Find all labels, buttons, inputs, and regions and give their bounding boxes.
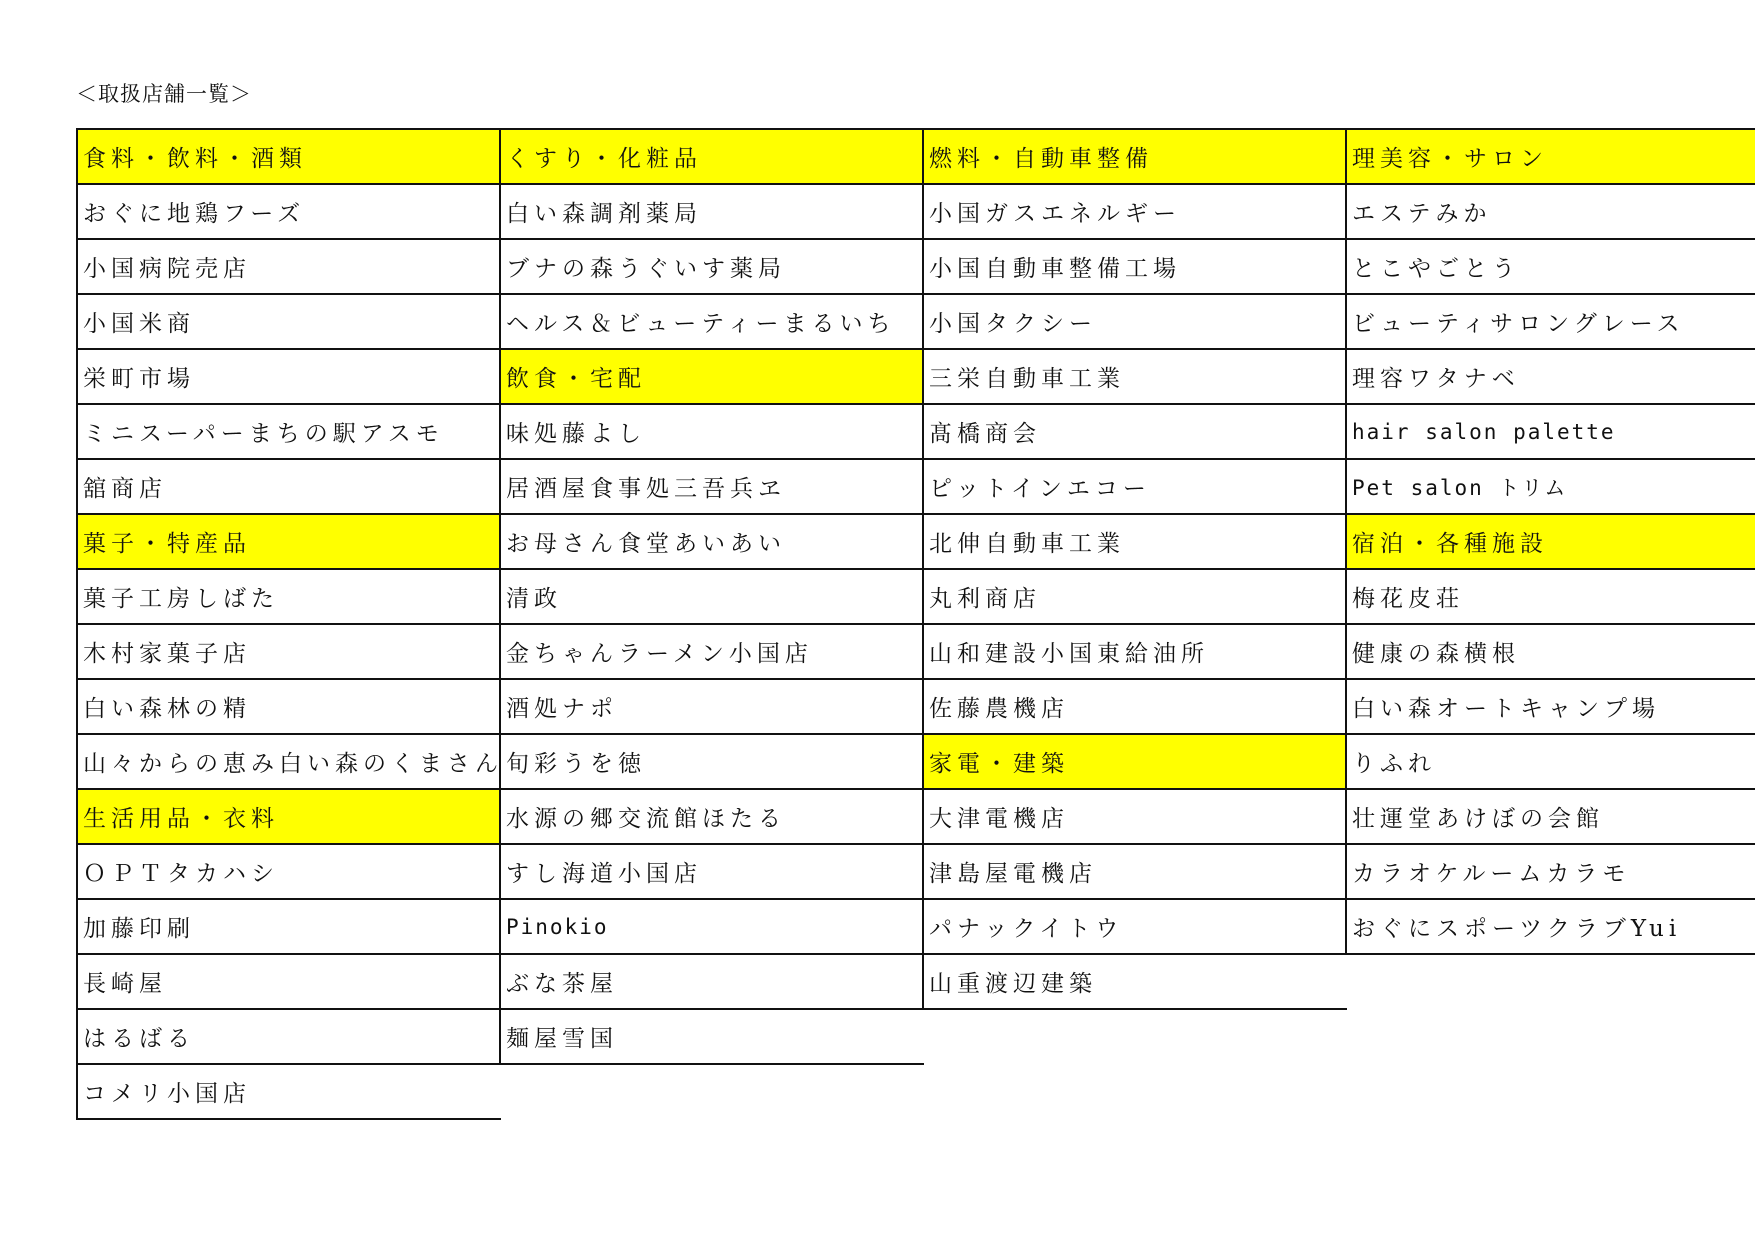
- store-name-cell: 小国タクシー: [924, 293, 1347, 348]
- store-name-cell: カラオケルームカラモ: [1347, 843, 1755, 898]
- store-name-cell: 酒処ナポ: [501, 678, 924, 733]
- store-name-cell: 小国自動車整備工場: [924, 238, 1347, 293]
- document-title: ＜取扱店舗一覧＞: [76, 78, 252, 108]
- store-name-cell: パナックイトウ: [924, 898, 1347, 953]
- column-2: くすり・化粧品白い森調剤薬局ブナの森うぐいす薬局ヘルス＆ビューティーまるいち飲食…: [499, 128, 924, 1065]
- store-name-cell: 舘商店: [78, 458, 501, 513]
- store-name-cell: 理容ワタナベ: [1347, 348, 1755, 403]
- store-name-cell: とこやごとう: [1347, 238, 1755, 293]
- store-list-table: 食料・飲料・酒類おぐに地鶏フーズ小国病院売店小国米商栄町市場ミニスーパーまちの駅…: [76, 128, 1755, 1120]
- store-name-cell: 清政: [501, 568, 924, 623]
- store-name-cell: Pet salon トリム: [1347, 458, 1755, 513]
- store-name-cell: 三栄自動車工業: [924, 348, 1347, 403]
- store-name-cell: 津島屋電機店: [924, 843, 1347, 898]
- category-heading: 燃料・自動車整備: [924, 128, 1347, 183]
- store-name-cell: 居酒屋食事処三吾兵ヱ: [501, 458, 924, 513]
- category-heading: 宿泊・各種施設: [1347, 513, 1755, 568]
- store-name-cell: 木村家菓子店: [78, 623, 501, 678]
- store-name-cell: ヘルス＆ビューティーまるいち: [501, 293, 924, 348]
- store-name-cell: 佐藤農機店: [924, 678, 1347, 733]
- store-name-cell: 梅花皮荘: [1347, 568, 1755, 623]
- store-name-cell: はるばる: [78, 1008, 501, 1063]
- store-name-cell: すし海道小国店: [501, 843, 924, 898]
- store-name-cell: りふれ: [1347, 733, 1755, 788]
- category-heading: くすり・化粧品: [501, 128, 924, 183]
- store-name-cell: Pinokio: [501, 898, 924, 953]
- store-name-cell: 白い森オートキャンプ場: [1347, 678, 1755, 733]
- category-heading: 菓子・特産品: [78, 513, 501, 568]
- store-name-cell: 山重渡辺建築: [924, 953, 1347, 1010]
- store-name-cell: 髙橋商会: [924, 403, 1347, 458]
- store-name-cell: コメリ小国店: [78, 1063, 501, 1120]
- store-name-cell: おぐに地鶏フーズ: [78, 183, 501, 238]
- store-name-cell: 菓子工房しばた: [78, 568, 501, 623]
- store-name-cell: 栄町市場: [78, 348, 501, 403]
- store-name-cell: 北伸自動車工業: [924, 513, 1347, 568]
- store-name-cell: ブナの森うぐいす薬局: [501, 238, 924, 293]
- store-name-cell: 白い森調剤薬局: [501, 183, 924, 238]
- store-name-cell: お母さん食堂あいあい: [501, 513, 924, 568]
- store-name-cell: 小国病院売店: [78, 238, 501, 293]
- store-name-cell: おぐにスポーツクラブYui: [1347, 898, 1755, 955]
- store-name-cell: 山々からの恵み白い森のくまさん: [78, 733, 501, 788]
- store-name-cell: 加藤印刷: [78, 898, 501, 953]
- store-name-cell: エステみか: [1347, 183, 1755, 238]
- category-heading: 生活用品・衣料: [78, 788, 501, 843]
- store-name-cell: hair salon palette: [1347, 403, 1755, 458]
- store-name-cell: ピットインエコー: [924, 458, 1347, 513]
- store-name-cell: 水源の郷交流館ほたる: [501, 788, 924, 843]
- store-name-cell: 長崎屋: [78, 953, 501, 1008]
- store-name-cell: 健康の森横根: [1347, 623, 1755, 678]
- store-name-cell: 小国ガスエネルギー: [924, 183, 1347, 238]
- store-name-cell: 旬彩うを徳: [501, 733, 924, 788]
- store-name-cell: 小国米商: [78, 293, 501, 348]
- store-name-cell: ぶな茶屋: [501, 953, 924, 1008]
- store-name-cell: 丸利商店: [924, 568, 1347, 623]
- store-name-cell: 山和建設小国東給油所: [924, 623, 1347, 678]
- store-name-cell: 大津電機店: [924, 788, 1347, 843]
- category-heading: 理美容・サロン: [1347, 128, 1755, 183]
- store-name-cell: 壮運堂あけぼの会館: [1347, 788, 1755, 843]
- store-name-cell: 味処藤よし: [501, 403, 924, 458]
- store-name-cell: 麺屋雪国: [501, 1008, 924, 1065]
- store-name-cell: 白い森林の精: [78, 678, 501, 733]
- store-name-cell: ビューティサロングレース: [1347, 293, 1755, 348]
- category-heading: 家電・建築: [924, 733, 1347, 788]
- column-3: 燃料・自動車整備小国ガスエネルギー小国自動車整備工場小国タクシー三栄自動車工業髙…: [922, 128, 1347, 1010]
- category-heading: 食料・飲料・酒類: [78, 128, 501, 183]
- store-name-cell: 金ちゃんラーメン小国店: [501, 623, 924, 678]
- store-name-cell: ＯＰＴタカハシ: [78, 843, 501, 898]
- category-heading: 飲食・宅配: [501, 348, 924, 403]
- store-name-cell: ミニスーパーまちの駅アスモ: [78, 403, 501, 458]
- column-1: 食料・飲料・酒類おぐに地鶏フーズ小国病院売店小国米商栄町市場ミニスーパーまちの駅…: [76, 128, 501, 1120]
- column-4: 理美容・サロンエステみかとこやごとうビューティサロングレース理容ワタナベhair…: [1345, 128, 1755, 955]
